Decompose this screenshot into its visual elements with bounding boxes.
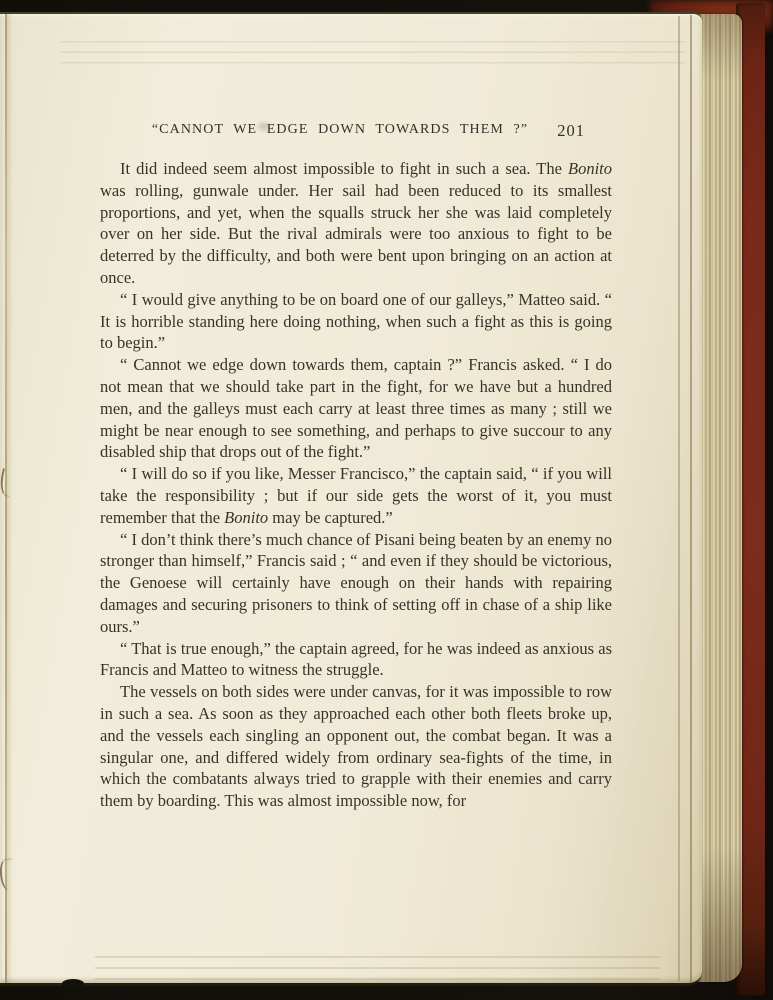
text-segment: may be captured.” [268,508,393,527]
paragraph: “ That is true enough,” the captain agre… [100,638,612,682]
scan-streaks-top [60,32,685,68]
paragraph: “ I would give anything to be on board o… [100,289,612,354]
book-scan-scene: “CANNOT WE EDGE DOWN TOWARDS THEM ?” 201… [0,0,773,1000]
text-segment: “ That is true enough,” the captain agre… [100,639,612,680]
page-edge-line [678,16,680,981]
page-edge-line [690,15,692,982]
binding-notch [62,979,84,988]
paragraph: “ I don’t think there’s much chance of P… [100,529,612,638]
text-segment: “ Cannot we edge down towards them, capt… [100,355,612,461]
body-text: It did indeed seem almost impossible to … [100,158,612,812]
pen-mark [0,858,16,891]
header-title: “CANNOT WE EDGE DOWN TOWARDS THEM ?” [84,122,596,138]
italic-text-segment: Bonito [568,159,612,178]
text-segment: The vessels on both sides were under can… [100,682,612,810]
running-header: “CANNOT WE EDGE DOWN TOWARDS THEM ?” 201 [100,122,612,146]
paragraph: The vessels on both sides were under can… [100,681,612,812]
text-segment: “ I don’t think there’s much chance of P… [100,530,612,636]
text-segment: was rolling, gunwale under. Her sail had… [100,181,612,287]
paragraph: “ Cannot we edge down towards them, capt… [100,354,612,463]
scan-streaks-bottom [95,947,660,981]
paragraph: “ I will do so if you like, Messer Franc… [100,463,612,528]
paragraph: It did indeed seem almost impossible to … [100,158,612,289]
italic-text-segment: Bonito [224,508,268,527]
page-gutter-shadow [7,14,13,983]
text-segment: “ I would give anything to be on board o… [100,290,612,353]
text-segment: It did indeed seem almost impossible to … [120,159,568,178]
page-number: 201 [557,121,585,141]
book-page: “CANNOT WE EDGE DOWN TOWARDS THEM ?” 201… [0,12,702,986]
